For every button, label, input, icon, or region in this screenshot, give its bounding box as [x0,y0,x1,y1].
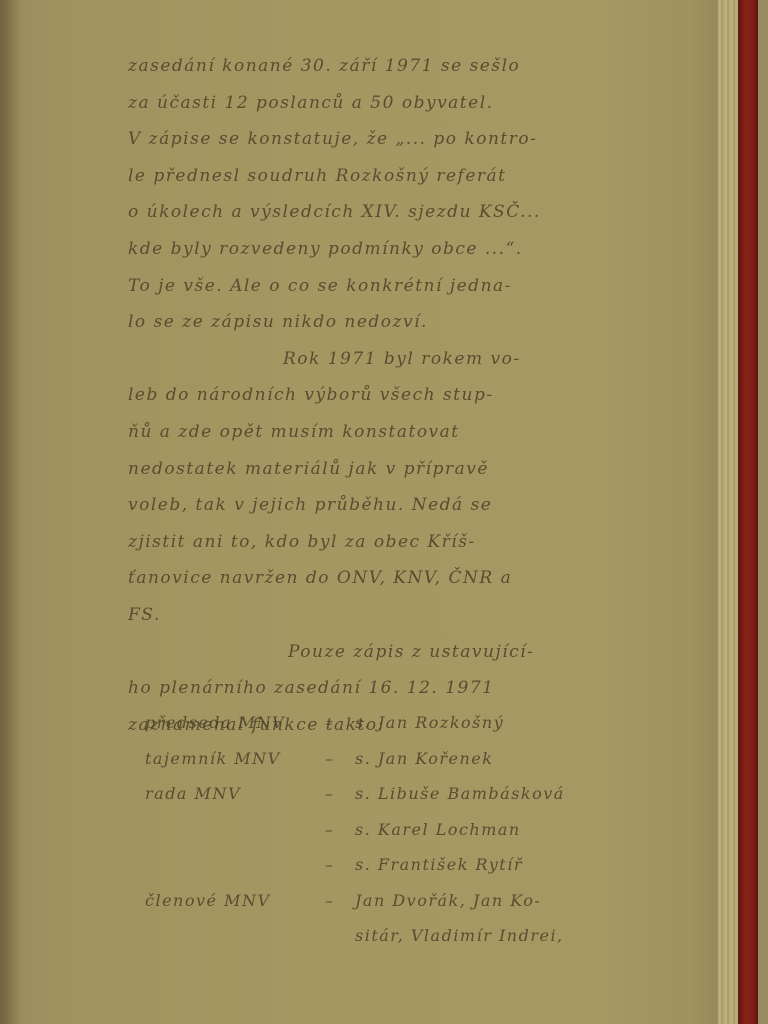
officer-dash: – [325,812,355,848]
officer-name: sitár, Vladimír Indrei, [355,918,605,954]
background-edge [758,0,768,1024]
officer-role [145,847,325,883]
text-line: zjistit ani to, kdo byl za obec Kříš- [128,524,598,561]
red-book-binding [738,0,758,1024]
text-line: ňů a zde opět musím konstatovat [128,414,598,451]
officer-role: předseda MNV [145,705,325,741]
page-edges [718,0,738,1024]
officer-role [145,812,325,848]
officer-name: s. Karel Lochman [355,812,605,848]
officer-dash: – [325,705,355,741]
text-line: Pouze zápis z ustavující- [128,634,598,671]
officer-role: rada MNV [145,776,325,812]
text-line: zasedání konané 30. září 1971 se sešlo [128,48,598,85]
page-gutter-shadow [0,0,22,1024]
officer-row: rada MNV – s. Libuše Bambásková [145,776,605,812]
officer-role: tajemník MNV [145,741,325,777]
text-line: V zápise se konstatuje, že „... po kontr… [128,121,598,158]
officer-name: s. Jan Rozkošný [355,705,605,741]
officer-row: sitár, Vladimír Indrei, [145,918,605,954]
text-line: o úkolech a výsledcích XIV. sjezdu KSČ..… [128,194,598,231]
officers-list: předseda MNV – s. Jan Rozkošný tajemník … [145,705,605,954]
officer-name: s. František Rytíř [355,847,605,883]
officer-role [145,918,325,954]
officer-dash: – [325,883,355,919]
officer-name: s. Libuše Bambásková [355,776,605,812]
officer-name: Jan Dvořák, Jan Ko- [355,883,605,919]
text-line: leb do národních výborů všech stup- [128,377,598,414]
officer-row: předseda MNV – s. Jan Rozkošný [145,705,605,741]
text-line: ho plenárního zasedání 16. 12. 1971 [128,670,598,707]
officer-dash: – [325,847,355,883]
officer-role: členové MNV [145,883,325,919]
text-line: lo se ze zápisu nikdo nedozví. [128,304,598,341]
officer-row: – s. Karel Lochman [145,812,605,848]
officer-row: tajemník MNV – s. Jan Kořenek [145,741,605,777]
text-line: FS. [128,597,598,634]
text-line: za účasti 12 poslanců a 50 obyvatel. [128,85,598,122]
text-line: ťanovice navržen do ONV, KNV, ČNR a [128,560,598,597]
text-line: To je vše. Ale o co se konkrétní jedna- [128,268,598,305]
handwritten-text: zasedání konané 30. září 1971 se sešlo z… [128,48,598,743]
paragraph-2: Rok 1971 byl rokem vo- leb do národních … [128,341,598,634]
text-line: voleb, tak v jejich průběhu. Nedá se [128,487,598,524]
text-line: nedostatek materiálů jak v přípravě [128,451,598,488]
officer-name: s. Jan Kořenek [355,741,605,777]
text-line: Rok 1971 byl rokem vo- [128,341,598,378]
officer-dash [325,918,355,954]
officer-dash: – [325,741,355,777]
officer-dash: – [325,776,355,812]
officer-row: členové MNV – Jan Dvořák, Jan Ko- [145,883,605,919]
officer-row: – s. František Rytíř [145,847,605,883]
text-line: le přednesl soudruh Rozkošný referát [128,158,598,195]
text-line: kde byly rozvedeny podmínky obce ...“. [128,231,598,268]
paragraph-1: zasedání konané 30. září 1971 se sešlo z… [128,48,598,341]
